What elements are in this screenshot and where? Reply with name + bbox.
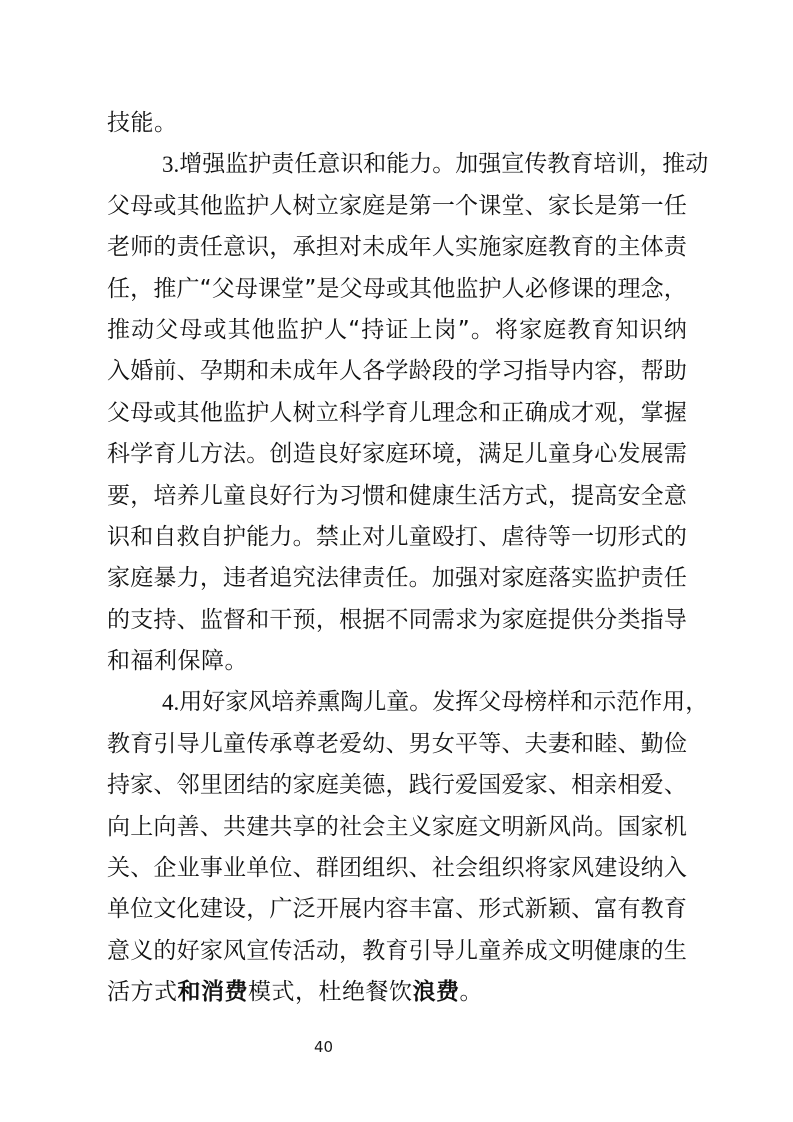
- text-run: 父: [212, 269, 235, 310]
- text-run: 课: [478, 186, 501, 227]
- text-run: 持: [361, 310, 384, 351]
- text-run: 识: [640, 310, 663, 351]
- text-run: 织: [501, 848, 524, 889]
- text-run: 康: [432, 476, 455, 517]
- text-run: 家: [293, 765, 316, 806]
- text-run: 良: [246, 476, 269, 517]
- text-line: 要，培养儿童良好行为习惯和健康生活方式，提高安全意: [107, 476, 687, 517]
- text-run: 监: [223, 393, 246, 434]
- text-run: 才: [571, 393, 594, 434]
- text-run: 童: [223, 724, 246, 765]
- text-run: 用: [662, 682, 685, 723]
- text-run: 和: [130, 517, 153, 558]
- text-run: 儿: [525, 434, 548, 475]
- text-run: 和: [478, 393, 501, 434]
- text-run: 立: [316, 186, 339, 227]
- text-run: 主: [385, 807, 408, 848]
- text-run: 父: [155, 310, 178, 351]
- text-run: 帮: [641, 351, 664, 392]
- text-run: 未: [269, 351, 292, 392]
- text-run: 和消费: [178, 972, 249, 1013]
- text-run: 儿: [177, 434, 200, 475]
- text-run: ，: [639, 144, 662, 185]
- text-run: 事: [200, 848, 223, 889]
- text-run: 义: [409, 807, 432, 848]
- text-run: 要: [107, 476, 130, 517]
- text-line: 推动父母或其他监护人“持证上岗”。将家庭教育知识纳: [107, 310, 687, 351]
- text-run: 护: [223, 517, 246, 558]
- text-run: 护: [246, 393, 269, 434]
- text-run: 方: [200, 434, 223, 475]
- text-run: 共: [269, 807, 292, 848]
- text-run: 其: [228, 310, 251, 351]
- text-run: 颖: [548, 889, 571, 930]
- text-run: 将: [525, 848, 548, 889]
- text-run: 学: [385, 351, 408, 392]
- text-run: 母: [363, 269, 386, 310]
- text-run: 童: [478, 931, 501, 972]
- text-run: 的: [269, 765, 292, 806]
- text-run: 导: [664, 600, 687, 641]
- text-run: 强: [455, 558, 478, 599]
- text-run: 或: [153, 186, 176, 227]
- text-run: 是: [316, 269, 339, 310]
- text-run: 等: [548, 517, 571, 558]
- text-run: 导: [177, 724, 200, 765]
- text-run: 第: [617, 186, 640, 227]
- text-run: 母: [130, 393, 153, 434]
- text-run: 监: [276, 310, 299, 351]
- text-run: 育: [570, 144, 593, 185]
- text-run: 者: [246, 558, 269, 599]
- text-run: 、: [455, 889, 478, 930]
- text-run: 童: [223, 476, 246, 517]
- text-run: 动: [685, 144, 708, 185]
- text-run: ，: [316, 600, 339, 641]
- text-run: 任: [385, 558, 408, 599]
- text-run: 养: [294, 682, 317, 723]
- text-run: 容: [385, 889, 408, 930]
- text-run: 落: [548, 558, 571, 599]
- text-run: 意: [223, 227, 246, 268]
- text-run: 必: [525, 269, 548, 310]
- text-run: 育: [153, 434, 176, 475]
- text-run: 满: [478, 434, 501, 475]
- text-run: 意: [664, 476, 687, 517]
- text-run: 实: [571, 558, 594, 599]
- text-run: 证: [385, 310, 408, 351]
- text-run: ，: [385, 765, 408, 806]
- text-run: 识: [107, 517, 130, 558]
- text-run: 技能。: [107, 103, 178, 144]
- text-run: 育: [130, 724, 153, 765]
- text-run: 庭: [385, 434, 408, 475]
- text-run: 承: [269, 724, 292, 765]
- text-line: 任，推广“父母课堂”是父母或其他监护人必修课的理念，: [107, 269, 687, 310]
- text-run: 家: [200, 931, 223, 972]
- text-run: 团: [223, 765, 246, 806]
- text-run: 、: [293, 848, 316, 889]
- text-run: 一: [432, 186, 455, 227]
- text-run: ，: [617, 393, 640, 434]
- text-run: 成: [385, 227, 408, 268]
- text-run: 或: [153, 393, 176, 434]
- text-run: 风: [223, 931, 246, 972]
- text-run: 确: [525, 393, 548, 434]
- text-run: 养: [177, 476, 200, 517]
- text-run: 童: [386, 682, 409, 723]
- text-run: 和福利保障。: [107, 641, 248, 682]
- text-run: 究: [293, 558, 316, 599]
- text-run: 的: [664, 517, 687, 558]
- text-run: 家: [362, 434, 385, 475]
- text-run: 成: [525, 931, 548, 972]
- text-run: 践: [409, 765, 432, 806]
- text-run: 设: [223, 889, 246, 930]
- text-run: 有: [617, 889, 640, 930]
- text-run: 正: [501, 393, 524, 434]
- text-run: 良: [316, 434, 339, 475]
- text-run: 发: [432, 682, 455, 723]
- text-line: 科学育儿方法。创造良好家庭环境，满足儿童身心发展需: [107, 434, 687, 475]
- text-run: 父: [107, 393, 130, 434]
- text-run: 其: [177, 186, 200, 227]
- text-run: 监: [225, 144, 248, 185]
- text-run: 一: [641, 186, 664, 227]
- text-run: 、: [385, 724, 408, 765]
- text-run: 好: [202, 682, 225, 723]
- text-run: 国: [478, 765, 501, 806]
- text-run: 形: [617, 517, 640, 558]
- text-run: 同: [409, 600, 432, 641]
- text-run: 夫: [525, 724, 548, 765]
- text-run: 掌: [641, 393, 664, 434]
- text-line: 父母或其他监护人树立家庭是第一个课堂、家长是第一任: [107, 186, 687, 227]
- text-run: 树: [293, 393, 316, 434]
- text-run: 护: [246, 186, 269, 227]
- text-run: 美: [339, 765, 362, 806]
- text-run: 违: [223, 558, 246, 599]
- text-run: 泛: [293, 889, 316, 930]
- text-run: 引: [409, 931, 432, 972]
- text-run: 念: [641, 269, 664, 310]
- text-run: 教: [362, 931, 385, 972]
- text-run: 入: [107, 351, 130, 392]
- text-run: ，: [455, 434, 478, 475]
- text-run: 未: [362, 227, 385, 268]
- text-run: 母: [235, 269, 258, 310]
- text-run: 的: [316, 807, 339, 848]
- text-run: 内: [571, 351, 594, 392]
- text-run: 导: [432, 931, 455, 972]
- text-run: 堂: [281, 269, 304, 310]
- text-run: 加: [455, 144, 478, 185]
- text-run: ，: [617, 351, 640, 392]
- text-run: 加: [432, 558, 455, 599]
- text-run: 和: [385, 476, 408, 517]
- text-line: 的支持、监督和干预，根据不同需求为家庭提供分类指导: [107, 600, 687, 641]
- text-run: 平: [455, 724, 478, 765]
- text-run: 自: [153, 517, 176, 558]
- text-run: 、: [177, 351, 200, 392]
- text-run: 的: [153, 931, 176, 972]
- text-run: 范: [616, 682, 639, 723]
- text-run: 力: [177, 558, 200, 599]
- text-run: 体: [641, 227, 664, 268]
- text-run: 供: [571, 600, 594, 641]
- text-run: 理: [617, 269, 640, 310]
- text-run: 向: [153, 807, 176, 848]
- text-run: 干: [269, 600, 292, 641]
- text-run: 母: [501, 682, 524, 723]
- text-line: 向上向善、共建共享的社会主义家庭文明新风尚。国家机: [107, 807, 687, 848]
- text-run: 父: [340, 269, 363, 310]
- text-run: 学: [478, 351, 501, 392]
- text-run: 师: [130, 227, 153, 268]
- text-run: 能: [386, 144, 409, 185]
- text-run: 培: [153, 476, 176, 517]
- text-run: 亲: [594, 765, 617, 806]
- text-run: 年: [409, 227, 432, 268]
- text-run: 儿: [385, 517, 408, 558]
- text-run: ”: [458, 310, 470, 351]
- text-run: 童: [409, 517, 432, 558]
- text-run: 相: [571, 765, 594, 806]
- text-run: 责: [271, 144, 294, 185]
- text-run: 。: [246, 434, 269, 475]
- text-run: 好: [269, 476, 292, 517]
- text-run: 个: [455, 186, 478, 227]
- text-run: 纳: [641, 848, 664, 889]
- text-run: 任: [664, 558, 687, 599]
- text-run: 禁: [316, 517, 339, 558]
- text-run: 环: [409, 434, 432, 475]
- text-run: 4.: [162, 682, 179, 723]
- text-run: 母: [179, 310, 202, 351]
- text-run: 尊: [293, 724, 316, 765]
- text-run: 3.: [162, 144, 179, 185]
- text-run: 建: [594, 848, 617, 889]
- text-run: 护: [479, 269, 502, 310]
- text-run: 容: [594, 351, 617, 392]
- text-run: 动: [316, 931, 339, 972]
- text-run: 庭: [525, 600, 548, 641]
- text-run: 式: [501, 889, 524, 930]
- text-run: 需: [664, 434, 687, 475]
- text-run: 和: [571, 724, 594, 765]
- text-run: 、: [130, 848, 153, 889]
- text-run: 强: [478, 144, 501, 185]
- text-run: 学: [130, 434, 153, 475]
- text-run: 单: [107, 889, 130, 930]
- text-run: ，: [269, 227, 292, 268]
- text-run: 行: [432, 765, 455, 806]
- text-run: 儿: [455, 931, 478, 972]
- text-run: 会: [455, 848, 478, 889]
- text-run: 承: [293, 227, 316, 268]
- text-run: 宣: [246, 931, 269, 972]
- text-run: 庭: [130, 558, 153, 599]
- text-run: ，: [664, 269, 687, 310]
- text-run: 家: [548, 186, 571, 227]
- text-line: 活方式和消费模式，杜绝餐饮浪费。: [107, 972, 687, 1013]
- text-run: 生: [664, 931, 687, 972]
- text-run: 追: [269, 558, 292, 599]
- text-run: 富: [594, 889, 617, 930]
- text-run: 家: [641, 807, 664, 848]
- text-run: 传: [246, 724, 269, 765]
- text-run: 推: [153, 269, 176, 310]
- text-run: 力: [269, 517, 292, 558]
- text-run: 强: [202, 144, 225, 185]
- text-run: 堂: [501, 186, 524, 227]
- text-run: 护: [617, 558, 640, 599]
- text-run: 其: [409, 269, 432, 310]
- text-run: 律: [339, 558, 362, 599]
- text-run: 年: [316, 351, 339, 392]
- text-run: 庭: [362, 186, 385, 227]
- text-run: 爱: [455, 765, 478, 806]
- text-run: 会: [362, 807, 385, 848]
- text-run: 修: [548, 269, 571, 310]
- text-run: 科: [107, 434, 130, 475]
- text-run: 根: [339, 600, 362, 641]
- text-run: 和: [363, 144, 386, 185]
- text-run: 俭: [664, 724, 687, 765]
- text-run: ，: [200, 558, 223, 599]
- text-run: 安: [617, 476, 640, 517]
- text-run: 家: [339, 186, 362, 227]
- text-run: 育: [385, 931, 408, 972]
- text-run: 识: [340, 144, 363, 185]
- text-run: 家: [501, 558, 524, 599]
- text-run: 长: [571, 186, 594, 227]
- text-run: 监: [223, 186, 246, 227]
- text-run: 心: [594, 434, 617, 475]
- text-run: 的: [641, 931, 664, 972]
- text-run: 老: [316, 724, 339, 765]
- text-line: 意义的好家风宣传活动，教育引导儿童养成文明健康的生: [107, 931, 687, 972]
- text-run: 督: [223, 600, 246, 641]
- text-run: 对: [478, 558, 501, 599]
- text-run: 风: [571, 848, 594, 889]
- text-run: 开: [316, 889, 339, 930]
- text-run: 家: [519, 310, 542, 351]
- text-run: 责: [362, 558, 385, 599]
- text-run: 动: [131, 310, 154, 351]
- text-run: 明: [571, 931, 594, 972]
- text-run: 育: [591, 310, 614, 351]
- text-run: 传: [269, 931, 292, 972]
- text-run: 需: [432, 600, 455, 641]
- text-run: 全: [641, 476, 664, 517]
- text-run: 家: [501, 600, 524, 641]
- text-run: 活方式: [107, 972, 178, 1013]
- text-run: 广: [269, 889, 292, 930]
- text-run: 健: [594, 931, 617, 972]
- text-run: 为: [316, 476, 339, 517]
- text-run: 孕: [200, 351, 223, 392]
- text-run: 高: [594, 476, 617, 517]
- text-run: 团: [339, 848, 362, 889]
- text-run: 教: [641, 889, 664, 930]
- text-line: 和福利保障。: [107, 641, 687, 682]
- text-run: 企: [153, 848, 176, 889]
- text-run: 段: [432, 351, 455, 392]
- text-run: 设: [617, 848, 640, 889]
- text-run: 分: [594, 600, 617, 641]
- text-run: 是: [594, 186, 617, 227]
- text-run: 的: [594, 227, 617, 268]
- text-run: 家: [225, 682, 248, 723]
- text-run: 人: [339, 351, 362, 392]
- text-run: 求: [455, 600, 478, 641]
- text-run: 支: [130, 600, 153, 641]
- text-run: 童: [548, 434, 571, 475]
- text-run: 展: [641, 434, 664, 475]
- text-run: 。: [432, 144, 455, 185]
- text-run: 持: [153, 600, 176, 641]
- text-run: 他: [432, 269, 455, 310]
- text-run: 榜: [524, 682, 547, 723]
- text-run: 善: [177, 807, 200, 848]
- text-line: 单位文化建设，广泛开展内容丰富、形式新颖、富有教育: [107, 889, 687, 930]
- text-run: 活: [293, 931, 316, 972]
- text-run: 。: [594, 807, 617, 848]
- text-run: 享: [293, 807, 316, 848]
- text-run: 和: [246, 351, 269, 392]
- text-line: 老师的责任意识，承担对未成年人实施家庭教育的主体责: [107, 227, 687, 268]
- text-run: 和: [246, 600, 269, 641]
- text-run: 创: [269, 434, 292, 475]
- text-run: 、: [525, 186, 548, 227]
- document-text: 技能。3.增强监护责任意识和能力。加强宣传教育培训，推动父母或其他监护人树立家庭…: [107, 103, 687, 1014]
- text-run: 妻: [548, 724, 571, 765]
- text-run: 期: [223, 351, 246, 392]
- text-run: 能: [246, 517, 269, 558]
- text-run: 暴: [153, 558, 176, 599]
- text-run: 用: [179, 682, 202, 723]
- text-run: 科: [339, 393, 362, 434]
- text-run: 教: [107, 724, 130, 765]
- text-run: 护: [248, 144, 271, 185]
- text-run: 知: [616, 310, 639, 351]
- text-run: 任: [200, 227, 223, 268]
- text-run: 推: [107, 310, 130, 351]
- text-run: 形: [478, 889, 501, 930]
- text-run: 责: [641, 558, 664, 599]
- text-run: 提: [571, 476, 594, 517]
- text-run: 担: [316, 227, 339, 268]
- text-run: 儿: [200, 476, 223, 517]
- text-run: ，: [246, 889, 269, 930]
- text-run: 学: [362, 393, 385, 434]
- text-run: 入: [664, 848, 687, 889]
- text-run: 、: [478, 517, 501, 558]
- text-line: 4.用好家风培养熏陶儿童。发挥父母榜样和示范作用，: [107, 682, 687, 723]
- text-run: 训: [616, 144, 639, 185]
- text-run: 。: [409, 682, 432, 723]
- text-run: 止: [339, 517, 362, 558]
- text-run: 或: [204, 310, 227, 351]
- text-run: 庭: [455, 807, 478, 848]
- text-run: 实: [455, 227, 478, 268]
- text-run: 监: [594, 558, 617, 599]
- text-run: 婚: [130, 351, 153, 392]
- text-run: 增: [179, 144, 202, 185]
- text-run: 意: [107, 931, 130, 972]
- text-run: 立: [316, 393, 339, 434]
